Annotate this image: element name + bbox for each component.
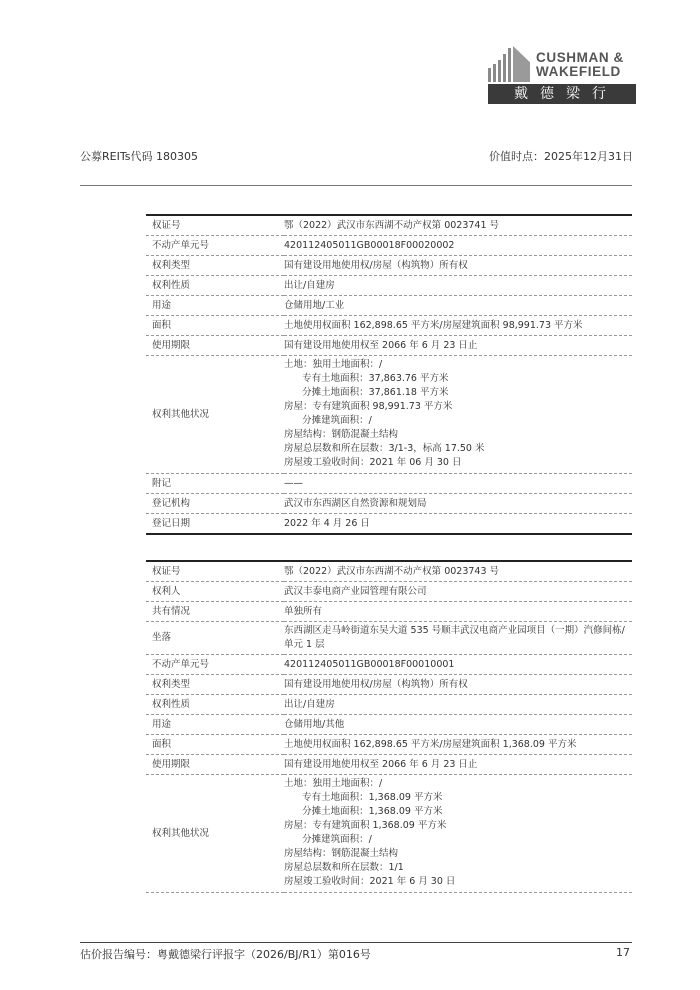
row-label: 权利性质 <box>146 695 284 715</box>
row-label: 附记 <box>146 474 284 494</box>
row-label: 使用期限 <box>146 755 284 775</box>
row-value: 国有建设用地使用权至 2066 年 6 月 23 日止 <box>284 336 632 356</box>
row-label: 共有情况 <box>146 602 284 622</box>
row-value: —— <box>284 474 632 494</box>
row-label: 权利类型 <box>146 256 284 276</box>
row-label: 权利性质 <box>146 276 284 296</box>
row-value: 420112405011GB00018F00020002 <box>284 236 632 256</box>
table-row: 坐落东西湖区走马岭街道东吴大道 535 号顺丰武汉电商产业园项目（一期）汽修间栋… <box>146 622 632 655</box>
row-label: 权证号 <box>146 215 284 236</box>
row-value: 国有建设用地使用权至 2066 年 6 月 23 日止 <box>284 755 632 775</box>
logo-brand-text: CUSHMAN & WAKEFIELD <box>536 51 624 79</box>
row-value: 2022 年 4 月 26 日 <box>284 514 632 535</box>
footer-divider <box>80 942 632 943</box>
table-row: 权利性质出让/自建房 <box>146 276 632 296</box>
reits-code: 公募REITs代码 180305 <box>80 148 198 164</box>
row-label: 用途 <box>146 296 284 316</box>
row-value: 仓储用地/工业 <box>284 296 632 316</box>
table-row: 权利类型国有建设用地使用权/房屋（构筑物）所有权 <box>146 256 632 276</box>
row-value: 出让/自建房 <box>284 695 632 715</box>
row-label: 登记机构 <box>146 494 284 514</box>
table-row: 共有情况单独所有 <box>146 602 632 622</box>
row-value: 鄂（2022）武汉市东西湖不动产权第 0023743 号 <box>284 561 632 582</box>
row-value: 土地使用权面积 162,898.65 平方米/房屋建筑面积 98,991.73 … <box>284 316 632 336</box>
row-label: 坐落 <box>146 622 284 655</box>
building-bars-icon <box>488 46 532 82</box>
valuation-date: 价值时点：2025年12月31日 <box>489 148 633 164</box>
row-value: 东西湖区走马岭街道东吴大道 535 号顺丰武汉电商产业园项目（一期）汽修间栋/单… <box>284 622 632 655</box>
table-row: 登记机构武汉市东西湖区自然资源和规划局 <box>146 494 632 514</box>
logo-chinese-name: 戴德梁行 <box>488 84 636 104</box>
row-label: 面积 <box>146 735 284 755</box>
row-label: 权利其他状况 <box>146 775 284 893</box>
row-label: 登记日期 <box>146 514 284 535</box>
row-value: 武汉丰泰电商产业园管理有限公司 <box>284 582 632 602</box>
row-label: 权利人 <box>146 582 284 602</box>
table-row: 用途仓储用地/其他 <box>146 715 632 735</box>
row-value: 国有建设用地使用权/房屋（构筑物）所有权 <box>284 256 632 276</box>
table-row: 面积土地使用权面积 162,898.65 平方米/房屋建筑面积 1,368.09… <box>146 735 632 755</box>
row-value: 鄂（2022）武汉市东西湖不动产权第 0023741 号 <box>284 215 632 236</box>
row-label: 权利其他状况 <box>146 356 284 474</box>
report-number: 估价报告编号：粤戴德梁行评报字（2026/BJ/R1）第016号 <box>80 946 371 962</box>
other-rights-detail: 土地：独用土地面积：/ 专有土地面积：37,863.76 平方米 分摊土地面积：… <box>284 356 632 474</box>
table-row: 登记日期2022 年 4 月 26 日 <box>146 514 632 535</box>
table-row: 权证号鄂（2022）武汉市东西湖不动产权第 0023743 号 <box>146 561 632 582</box>
page-number: 17 <box>616 946 630 959</box>
row-label: 使用期限 <box>146 336 284 356</box>
row-label: 不动产单元号 <box>146 236 284 256</box>
table-row: 使用期限国有建设用地使用权至 2066 年 6 月 23 日止 <box>146 755 632 775</box>
row-label: 权利类型 <box>146 675 284 695</box>
table-row: 权利性质出让/自建房 <box>146 695 632 715</box>
row-label: 面积 <box>146 316 284 336</box>
table-row: 不动产单元号420112405011GB00018F00010001 <box>146 655 632 675</box>
table-row: 使用期限国有建设用地使用权至 2066 年 6 月 23 日止 <box>146 336 632 356</box>
row-value: 国有建设用地使用权/房屋（构筑物）所有权 <box>284 675 632 695</box>
row-value: 单独所有 <box>284 602 632 622</box>
other-rights-detail: 土地：独用土地面积：/ 专有土地面积：1,368.09 平方米 分摊土地面积：1… <box>284 775 632 893</box>
row-value: 武汉市东西湖区自然资源和规划局 <box>284 494 632 514</box>
row-label: 用途 <box>146 715 284 735</box>
certificate-table-1: 权证号鄂（2022）武汉市东西湖不动产权第 0023741 号 不动产单元号42… <box>146 214 632 535</box>
table-row: 权利类型国有建设用地使用权/房屋（构筑物）所有权 <box>146 675 632 695</box>
table-row-other-rights: 权利其他状况 土地：独用土地面积：/ 专有土地面积：1,368.09 平方米 分… <box>146 775 632 893</box>
row-value: 土地使用权面积 162,898.65 平方米/房屋建筑面积 1,368.09 平… <box>284 735 632 755</box>
table-row: 权证号鄂（2022）武汉市东西湖不动产权第 0023741 号 <box>146 215 632 236</box>
cushman-wakefield-logo: CUSHMAN & WAKEFIELD 戴德梁行 <box>488 46 638 104</box>
table-row: 附记—— <box>146 474 632 494</box>
row-label: 不动产单元号 <box>146 655 284 675</box>
table-row: 面积土地使用权面积 162,898.65 平方米/房屋建筑面积 98,991.7… <box>146 316 632 336</box>
row-value: 仓储用地/其他 <box>284 715 632 735</box>
table-row: 权利人武汉丰泰电商产业园管理有限公司 <box>146 582 632 602</box>
table-row-other-rights: 权利其他状况 土地：独用土地面积：/ 专有土地面积：37,863.76 平方米 … <box>146 356 632 474</box>
row-label: 权证号 <box>146 561 284 582</box>
row-value: 出让/自建房 <box>284 276 632 296</box>
table-row: 不动产单元号420112405011GB00018F00020002 <box>146 236 632 256</box>
table-row: 用途仓储用地/工业 <box>146 296 632 316</box>
header-divider <box>80 185 632 186</box>
row-value: 420112405011GB00018F00010001 <box>284 655 632 675</box>
certificate-table-2: 权证号鄂（2022）武汉市东西湖不动产权第 0023743 号 权利人武汉丰泰电… <box>146 560 632 893</box>
